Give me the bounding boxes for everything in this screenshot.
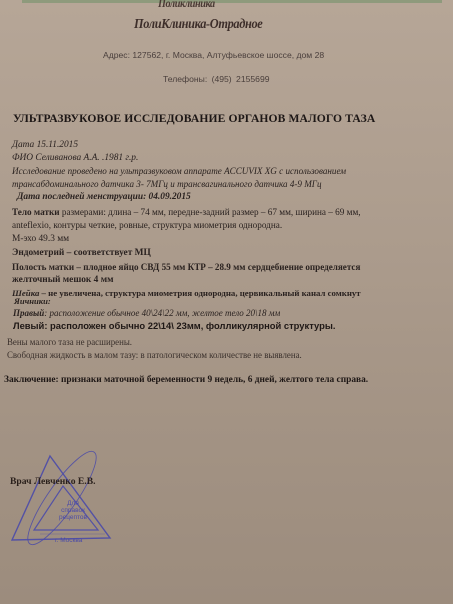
cervix-line: Шейка – не увеличена, структура миометри… — [12, 288, 361, 298]
cavity-line-1: Полость матки – плодное яйцо СВД 55 мм К… — [12, 262, 360, 272]
uterus-line-1: Тело матки размерами: длина – 74 мм, пер… — [12, 207, 361, 217]
uterus-label: Тело матки — [12, 207, 60, 217]
clinic-stamp-icon — [10, 450, 120, 550]
endometrium: Эндометрий – соответствует МЦ — [12, 248, 151, 258]
patient-name: ФИО Селиванова А.А. .1981 г.р. — [12, 153, 138, 163]
cervix-text: – не увеличена, структура миометрия одно… — [39, 288, 360, 298]
free-fluid: Свободная жидкость в малом тазу: в патол… — [7, 350, 302, 360]
document-title: УЛЬТРАЗВУКОВОЕ ИССЛЕДОВАНИЕ ОРГАНОВ МАЛО… — [13, 112, 375, 125]
right-ovary-text: : расположение обычное 40\24\22 мм, желт… — [44, 308, 280, 318]
equipment-line-2: трансабдоминального датчика 3- 7МГц и тр… — [12, 179, 322, 189]
uterus-dimensions: размерами: длина – 74 мм, передне-задний… — [60, 207, 361, 217]
cavity-line-2: желточный мешок 4 мм — [12, 275, 113, 285]
clinic-name-cut: Поликлиника — [158, 0, 215, 11]
ovaries-label: Яичники: — [14, 296, 51, 306]
clinic-address: Адрес: 127562, г. Москва, Алтуфьевское ш… — [103, 50, 324, 60]
stamp-city: г. Москва — [55, 538, 82, 545]
pelvic-veins: Вены малого таза не расширены. — [7, 337, 132, 347]
uterus-line-2: anteflexio, контуры четкие, ровные, стру… — [12, 220, 282, 230]
left-ovary: Левый: расположен обычно 22\14\ 23мм, фо… — [13, 320, 335, 331]
clinic-name: ПолиКлиника-Отрадное — [134, 17, 262, 33]
document-page: Поликлиника ПолиКлиника-Отрадное Адрес: … — [0, 0, 453, 604]
m-echo: М-эхо 49.3 мм — [12, 234, 69, 244]
stamp-center-text: Для справок рецептов — [48, 501, 98, 521]
right-ovary-label: Правый — [13, 308, 44, 318]
stamp-line-3: рецептов — [48, 515, 98, 522]
clinic-phone: Телефоны: (495) 2155699 — [163, 74, 270, 84]
equipment-line-1: Исследование проведено на ультразвуковом… — [12, 166, 346, 176]
right-ovary: Правый: расположение обычное 40\24\22 мм… — [13, 308, 280, 318]
last-menstruation: Дата последней менструации: 04.09.2015 — [17, 192, 191, 202]
letterhead-band — [22, 0, 442, 3]
conclusion: Заключение: признаки маточной беременнос… — [4, 375, 368, 385]
doctor-signature: Врач Левченко Е.В. — [10, 476, 96, 487]
exam-date: Дата 15.11.2015 — [12, 140, 78, 150]
